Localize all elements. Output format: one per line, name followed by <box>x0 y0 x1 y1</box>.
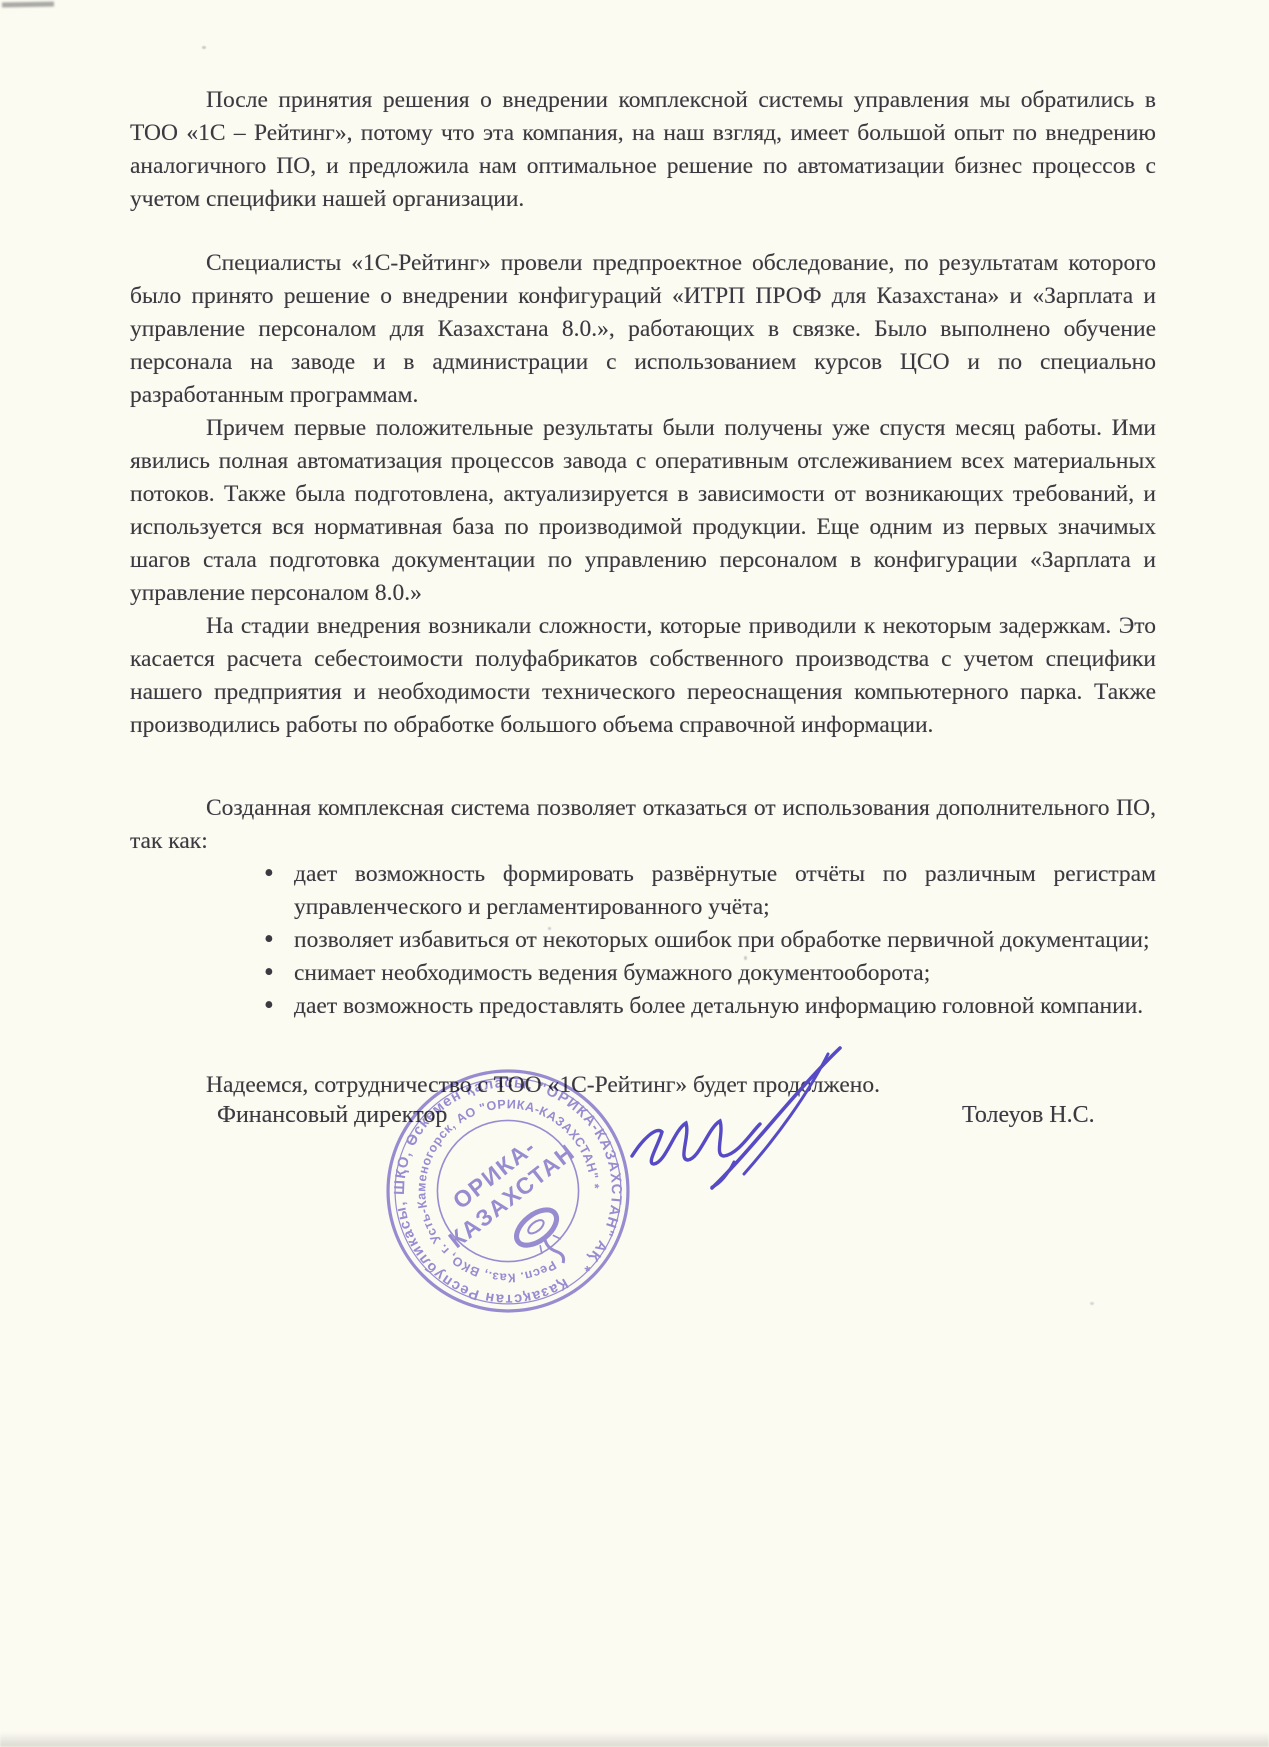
scanned-letter-page: После принятия решения о внедрении компл… <box>0 0 1269 1747</box>
company-stamp: Қазақстан Республикасы, ШҚО, Өскемен қал… <box>383 1066 633 1316</box>
scan-edge-shadow <box>0 1732 1269 1747</box>
scan-speck <box>548 927 551 930</box>
signer-name: Толеуов Н.С. <box>962 1102 1095 1129</box>
paragraph-2: Специалисты «1С-Рейтинг» провели предпро… <box>130 247 1156 412</box>
bullets-intro: Созданная комплексная система позволяет … <box>130 792 1156 858</box>
paragraph-4: На стадии внедрения возникали сложности,… <box>130 610 1156 742</box>
benefits-list: дает возможность формировать развёрнутые… <box>130 858 1156 1023</box>
paragraph-1: После принятия решения о внедрении компл… <box>130 84 1156 216</box>
scan-speck <box>1090 1302 1094 1305</box>
signature-strokes <box>632 1048 840 1188</box>
scan-streak <box>2 2 54 8</box>
list-item: снимает необходимость ведения бумажного … <box>294 957 1156 990</box>
signature <box>616 1026 868 1198</box>
stamp-content: Қазақстан Республикасы, ШҚО, Өскемен қал… <box>383 1066 633 1316</box>
letter-body: После принятия решения о внедрении компл… <box>130 84 1156 1102</box>
scan-speck <box>744 956 747 960</box>
list-item: дает возможность формировать развёрнутые… <box>294 858 1156 924</box>
scan-speck <box>202 46 206 49</box>
paragraph-3: Причем первые положительные результаты б… <box>130 412 1156 610</box>
list-item: дает возможность предоставлять более дет… <box>294 990 1156 1023</box>
list-item: позволяет избавиться от некоторых ошибок… <box>294 924 1156 957</box>
